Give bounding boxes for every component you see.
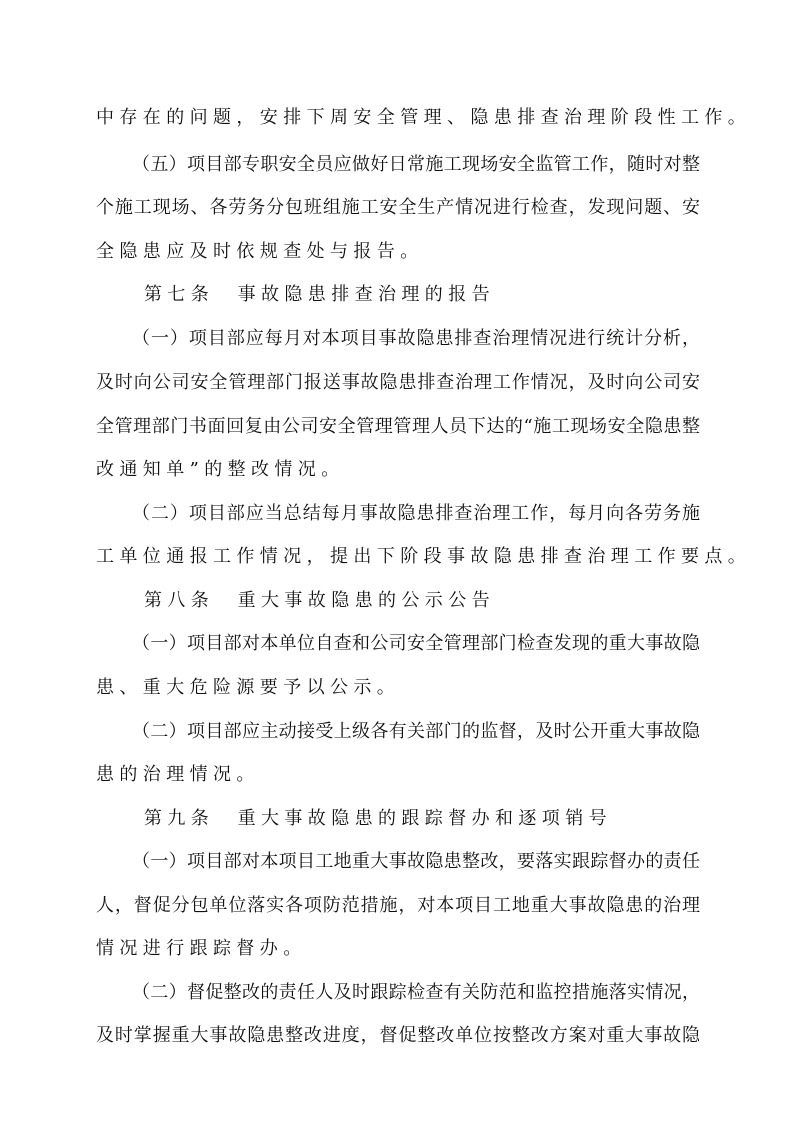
paragraph-start-line: （一）项目部对本单位自查和公司安全管理部门检查发现的重大事故隐 — [132, 632, 700, 656]
text-line: 情况进行跟踪督办。 — [96, 937, 307, 961]
paragraph-start-line: （二）项目部应主动接受上级各有关部门的监督，及时公开重大事故隐 — [132, 720, 700, 744]
text-line: 及时向公司安全管理部门报送事故隐患排查治理工作情况，及时向公司安 — [96, 371, 700, 395]
text-line: 人，督促分包单位落实各项防范措施，对本项目工地重大事故隐患的治理 — [96, 894, 700, 918]
paragraph-start-line: （二）督促整改的责任人及时跟踪检查有关防范和监控措施落实情况， — [132, 981, 700, 1005]
text-line: 患、重大危险源要予以公示。 — [96, 676, 400, 700]
paragraph-start-line: （一）项目部应每月对本项目事故隐患排查治理情况进行统计分析， — [132, 327, 700, 351]
paragraph-start-line: （一）项目部对本项目工地重大事故隐患整改，要落实跟踪督办的责任 — [132, 850, 700, 874]
text-line: 及时掌握重大事故隐患整改进度，督促整改单位按整改方案对重大事故隐 — [96, 1024, 700, 1048]
text-line: 中存在的问题，安排下周安全管理、隐患排查治理阶段性工作。 — [96, 106, 751, 130]
article-heading: 第七条 事故隐患排查治理的报告 — [144, 283, 495, 307]
text-line: 个施工现场、各劳务分包班组施工安全生产情况进行检查，发现问题、安 — [96, 196, 700, 220]
text-line: 改通知单”的整改情况。 — [96, 458, 345, 482]
article-heading: 第九条 重大事故隐患的跟踪督办和逐项销号 — [144, 807, 612, 831]
paragraph-start-line: （五）项目部专职安全员应做好日常施工现场安全监管工作，随时对整 — [132, 153, 700, 177]
paragraph-start-line: （二）项目部应当总结每月事故隐患排查治理工作，每月向各劳务施 — [132, 502, 700, 526]
text-line: 全隐患应及时依规查处与报告。 — [96, 240, 424, 264]
article-heading: 第八条 重大事故隐患的公示公告 — [144, 589, 495, 613]
text-line: 工单位通报工作情况，提出下阶段事故隐患排查治理工作要点。 — [96, 545, 751, 569]
text-line: 患的治理情况。 — [96, 763, 260, 787]
text-line: 全管理部门书面回复由公司安全管理管理人员下达的“施工现场安全隐患整 — [96, 415, 700, 439]
